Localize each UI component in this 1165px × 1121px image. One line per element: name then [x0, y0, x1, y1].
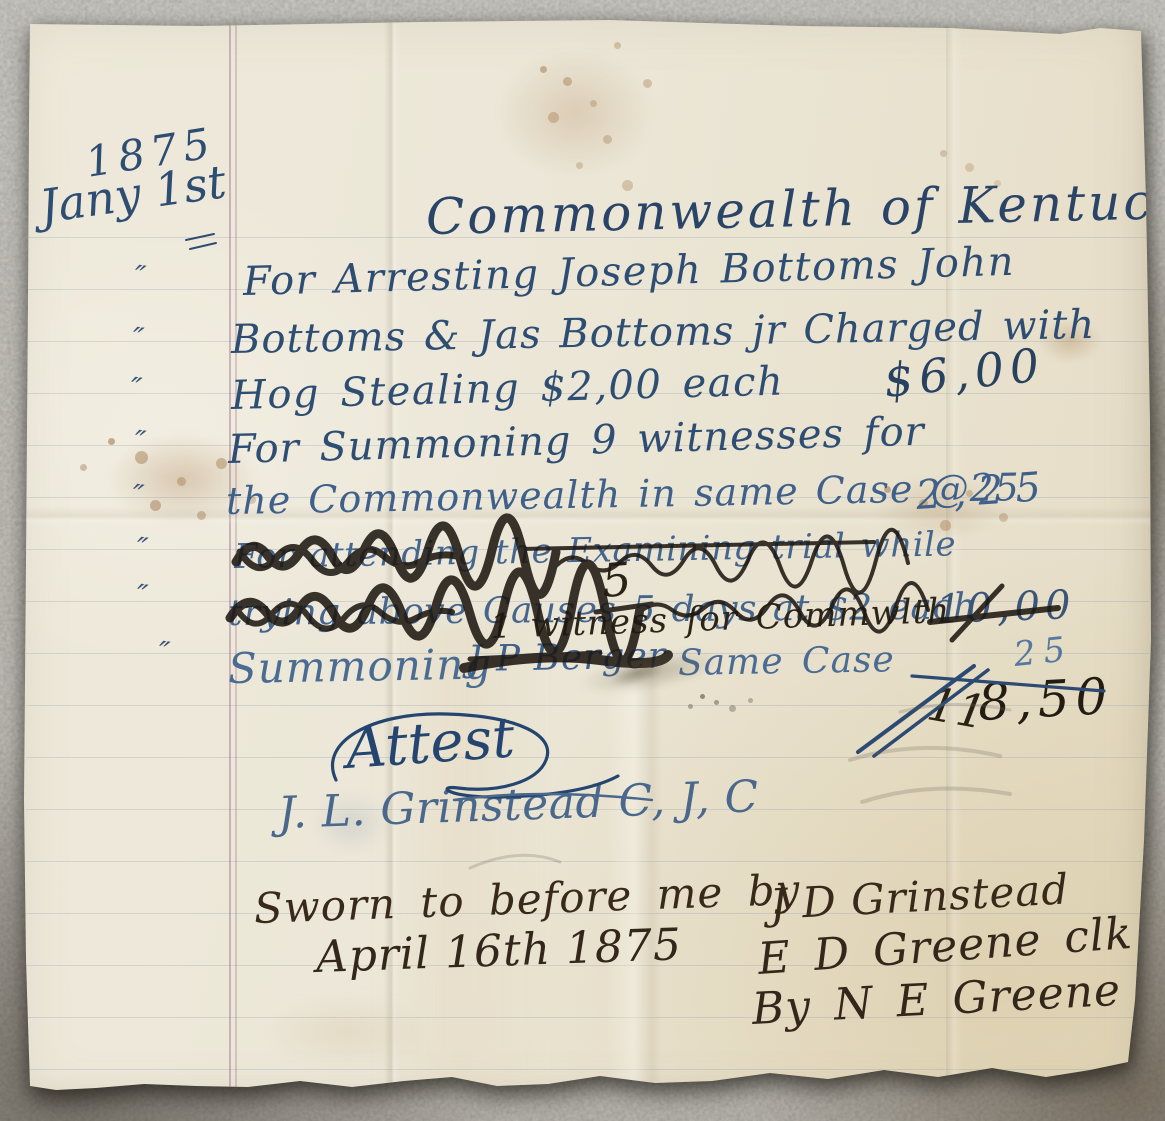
amount-2-25: 2,25 — [915, 466, 1055, 515]
stain-speckles — [940, 150, 947, 157]
photo-of-document: 1875 Jany 1st ″ ″ ″ ″ ″ ″ ″ ″ Commonweal… — [0, 0, 1165, 1121]
stain-speckles — [540, 66, 547, 73]
margin-rule-left — [229, 22, 231, 1089]
sworn-date: April 16th 1875 — [315, 923, 682, 980]
document-title: Commonwealth of Kentucky — [425, 175, 1165, 242]
yellowed-band — [378, 620, 544, 1090]
total-amount: 8,50 — [977, 671, 1115, 728]
ink-spatter — [700, 694, 705, 699]
paper-sheet: 1875 Jany 1st ″ ″ ″ ″ ″ ″ ″ ″ Commonweal… — [0, 0, 1165, 1121]
amount-25: 25 — [1012, 632, 1074, 672]
attest-word: Attest — [344, 710, 516, 778]
entry-summoning-word: Summoning — [228, 643, 493, 690]
stain — [470, 28, 680, 198]
amount-struck-10: 10,00 — [935, 585, 1076, 630]
stain-speckles — [108, 438, 115, 445]
inserted-number-five: 5 — [600, 556, 633, 604]
